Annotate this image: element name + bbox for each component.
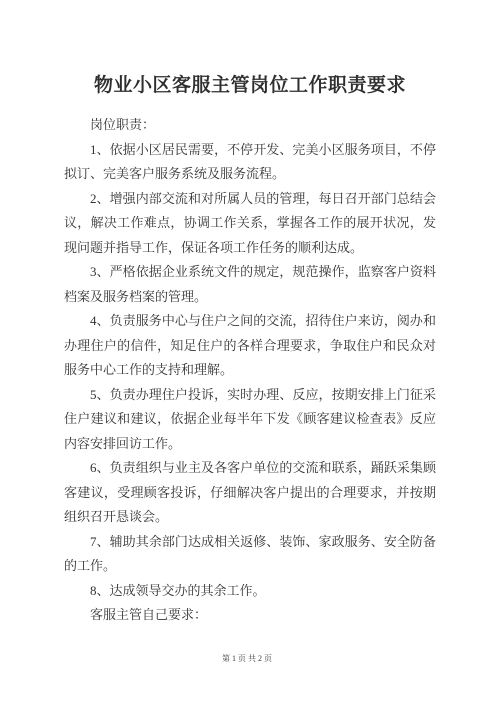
page-number-footer: 第 1 页 共 2 页 — [0, 653, 494, 665]
duty-item-5: 5、负责办理住户投诉，实时办理、反应，按期安排上门征采住户建议和建议，依据企业每… — [64, 383, 436, 457]
document-title: 物业小区客服主管岗位工作职责要求 — [0, 0, 500, 97]
duty-item-7: 7、辅助其余部门达成相关返修、装饰、家政服务、安全防备的工作。 — [64, 530, 436, 579]
duty-item-6: 6、负责组织与业主及各客户单位的交流和联系，踊跃采集顾客建议，受理顾客投诉，仔细… — [64, 456, 436, 530]
duty-item-1: 1、依据小区居民需要，不停开发、完美小区服务项目，不停拟订、完美客户服务系统及服… — [64, 138, 436, 187]
duty-item-8: 8、达成领导交办的其余工作。 — [64, 579, 436, 604]
duty-item-4: 4、负责服务中心与住户之间的交流，招待住户来访，阅办和办理住户的信件，知足住户的… — [64, 309, 436, 383]
section-heading-self-requirements: 客服主管自己要求： — [64, 603, 436, 628]
document-body: 岗位职责： 1、依据小区居民需要，不停开发、完美小区服务项目，不停拟订、完美客户… — [64, 113, 436, 628]
document-page: 物业小区客服主管岗位工作职责要求 岗位职责： 1、依据小区居民需要，不停开发、完… — [0, 0, 500, 708]
duty-item-3: 3、严格依据企业系统文件的规定，规范操作，监察客户资料档案及服务档案的管理。 — [64, 260, 436, 309]
duty-item-2: 2、增强内部交流和对所属人员的管理，每日召开部门总结会议，解决工作难点，协调工作… — [64, 187, 436, 261]
section-heading-duties: 岗位职责： — [64, 113, 436, 138]
